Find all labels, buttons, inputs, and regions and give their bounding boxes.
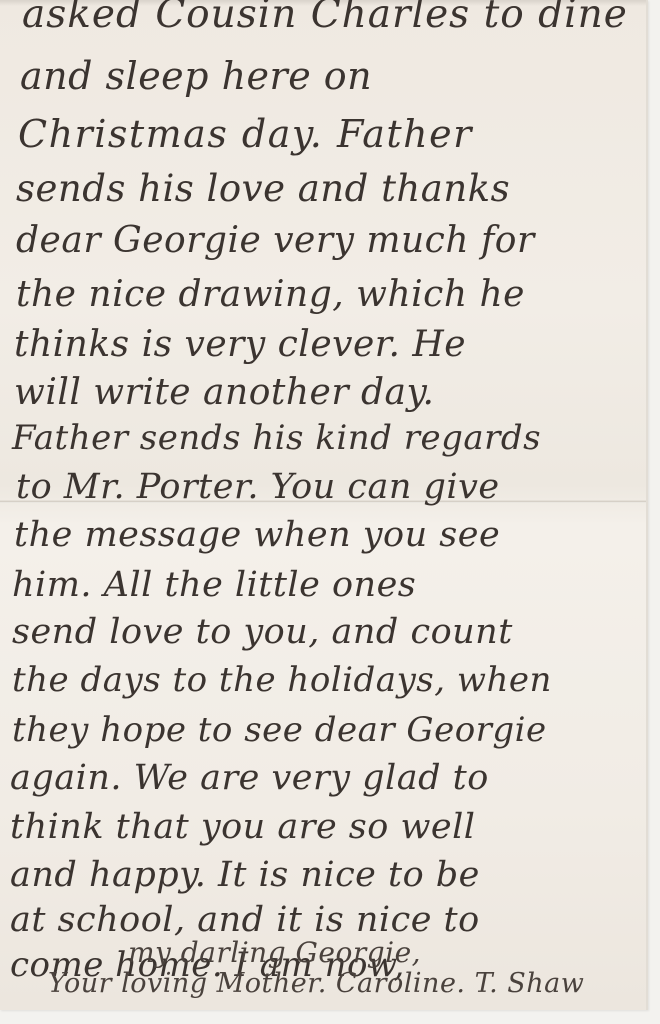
letter-line-6: the nice drawing, which he [16, 274, 525, 315]
letter-line-17: think that you are so well [10, 807, 476, 847]
letter-line-4: sends his love and thanks [16, 167, 510, 210]
letter-line-2: and sleep here on [20, 54, 372, 98]
letter-body: asked Cousin Charles to dine and sleep h… [0, 0, 648, 1010]
letter-line-11: the message when you see [14, 515, 500, 555]
letter-line-1: asked Cousin Charles to dine [22, 0, 628, 37]
letter-line-16: again. We are very glad to [10, 758, 489, 798]
letter-line-7: thinks is very clever. He [14, 324, 466, 365]
letter-line-8: will write another day. [14, 372, 435, 413]
letter-line-9: Father sends his kind regards [12, 418, 541, 458]
letter-line-12: him. All the little ones [12, 565, 416, 605]
letter-line-19: at school, and it is nice to [10, 900, 480, 940]
letter-line-10: to Mr. Porter. You can give [16, 467, 500, 507]
letter-line-13: send love to you, and count [12, 612, 513, 652]
letter-line-14: the days to the holidays, when [12, 660, 552, 700]
letter-line-15: they hope to see dear Georgie [12, 710, 547, 750]
letter-line-18: and happy. It is nice to be [10, 855, 480, 895]
letter-line-5: dear Georgie very much for [16, 220, 535, 261]
letter-line-3: Christmas day. Father [18, 112, 473, 156]
letter-signature: Your loving Mother. Caroline. T. Shaw [48, 968, 584, 999]
letter-salutation: my darling Georgie, [128, 936, 421, 969]
